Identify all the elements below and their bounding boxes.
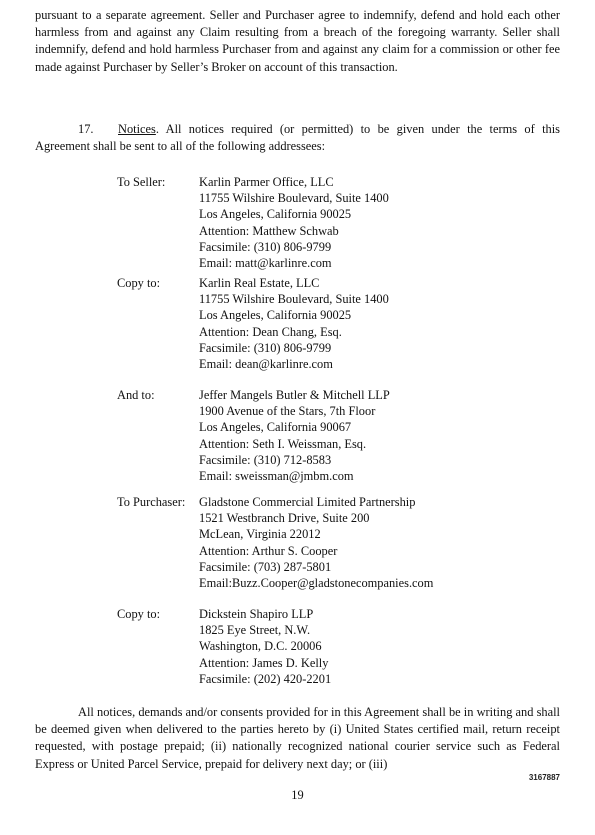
- section-title: Notices: [118, 122, 156, 136]
- address-line: Attention: Matthew Schwab: [199, 223, 389, 239]
- address-line: Attention: Seth I. Weissman, Esq.: [199, 436, 390, 452]
- address-line: 11755 Wilshire Boulevard, Suite 1400: [199, 291, 389, 307]
- address-line: Email:Buzz.Cooper@gladstonecompanies.com: [199, 575, 433, 591]
- address-line: Attention: Dean Chang, Esq.: [199, 324, 389, 340]
- address-line: Email: matt@karlinre.com: [199, 255, 389, 271]
- address-line: Facsimile: (310) 712-8583: [199, 452, 390, 468]
- address-line: Los Angeles, California 90025: [199, 307, 389, 323]
- address-line: Los Angeles, California 90025: [199, 206, 389, 222]
- addressee-label: Copy to:: [117, 606, 160, 622]
- address-line: Karlin Parmer Office, LLC: [199, 174, 389, 190]
- address-line: Attention: James D. Kelly: [199, 655, 331, 671]
- address-line: Email: sweissman@jmbm.com: [199, 468, 390, 484]
- address-line: Washington, D.C. 20006: [199, 638, 331, 654]
- address-line: Karlin Real Estate, LLC: [199, 275, 389, 291]
- addressee-lines: Karlin Real Estate, LLC 11755 Wilshire B…: [199, 275, 389, 372]
- closing-paragraph: All notices, demands and/or consents pro…: [35, 704, 560, 773]
- section-number: 17.: [78, 121, 118, 138]
- intro-paragraph: pursuant to a separate agreement. Seller…: [35, 7, 560, 76]
- address-line: Los Angeles, California 90067: [199, 419, 390, 435]
- address-line: Facsimile: (202) 420-2201: [199, 671, 331, 687]
- page-number: 19: [0, 788, 595, 803]
- address-line: 11755 Wilshire Boulevard, Suite 1400: [199, 190, 389, 206]
- addressee-lines: Gladstone Commercial Limited Partnership…: [199, 494, 433, 591]
- address-line: Email: dean@karlinre.com: [199, 356, 389, 372]
- addressee-lines: Karlin Parmer Office, LLC 11755 Wilshire…: [199, 174, 389, 271]
- address-line: Dickstein Shapiro LLP: [199, 606, 331, 622]
- address-line: Gladstone Commercial Limited Partnership: [199, 494, 433, 510]
- section-17-paragraph: 17.Notices. All notices required (or per…: [35, 121, 560, 155]
- addressee-lines: Jeffer Mangels Butler & Mitchell LLP 190…: [199, 387, 390, 484]
- address-line: Facsimile: (310) 806-9799: [199, 239, 389, 255]
- address-line: McLean, Virginia 22012: [199, 526, 433, 542]
- addressee-label: And to:: [117, 387, 155, 403]
- address-line: 1900 Avenue of the Stars, 7th Floor: [199, 403, 390, 419]
- addressee-label: To Seller:: [117, 174, 165, 190]
- addressee-label: Copy to:: [117, 275, 160, 291]
- document-id: 3167887: [529, 773, 560, 782]
- address-line: Attention: Arthur S. Cooper: [199, 543, 433, 559]
- addressee-label: To Purchaser:: [117, 494, 185, 510]
- address-line: Facsimile: (310) 806-9799: [199, 340, 389, 356]
- address-line: Jeffer Mangels Butler & Mitchell LLP: [199, 387, 390, 403]
- address-line: 1825 Eye Street, N.W.: [199, 622, 331, 638]
- address-line: Facsimile: (703) 287-5801: [199, 559, 433, 575]
- addressee-lines: Dickstein Shapiro LLP 1825 Eye Street, N…: [199, 606, 331, 687]
- address-line: 1521 Westbranch Drive, Suite 200: [199, 510, 433, 526]
- document-page: pursuant to a separate agreement. Seller…: [0, 0, 595, 835]
